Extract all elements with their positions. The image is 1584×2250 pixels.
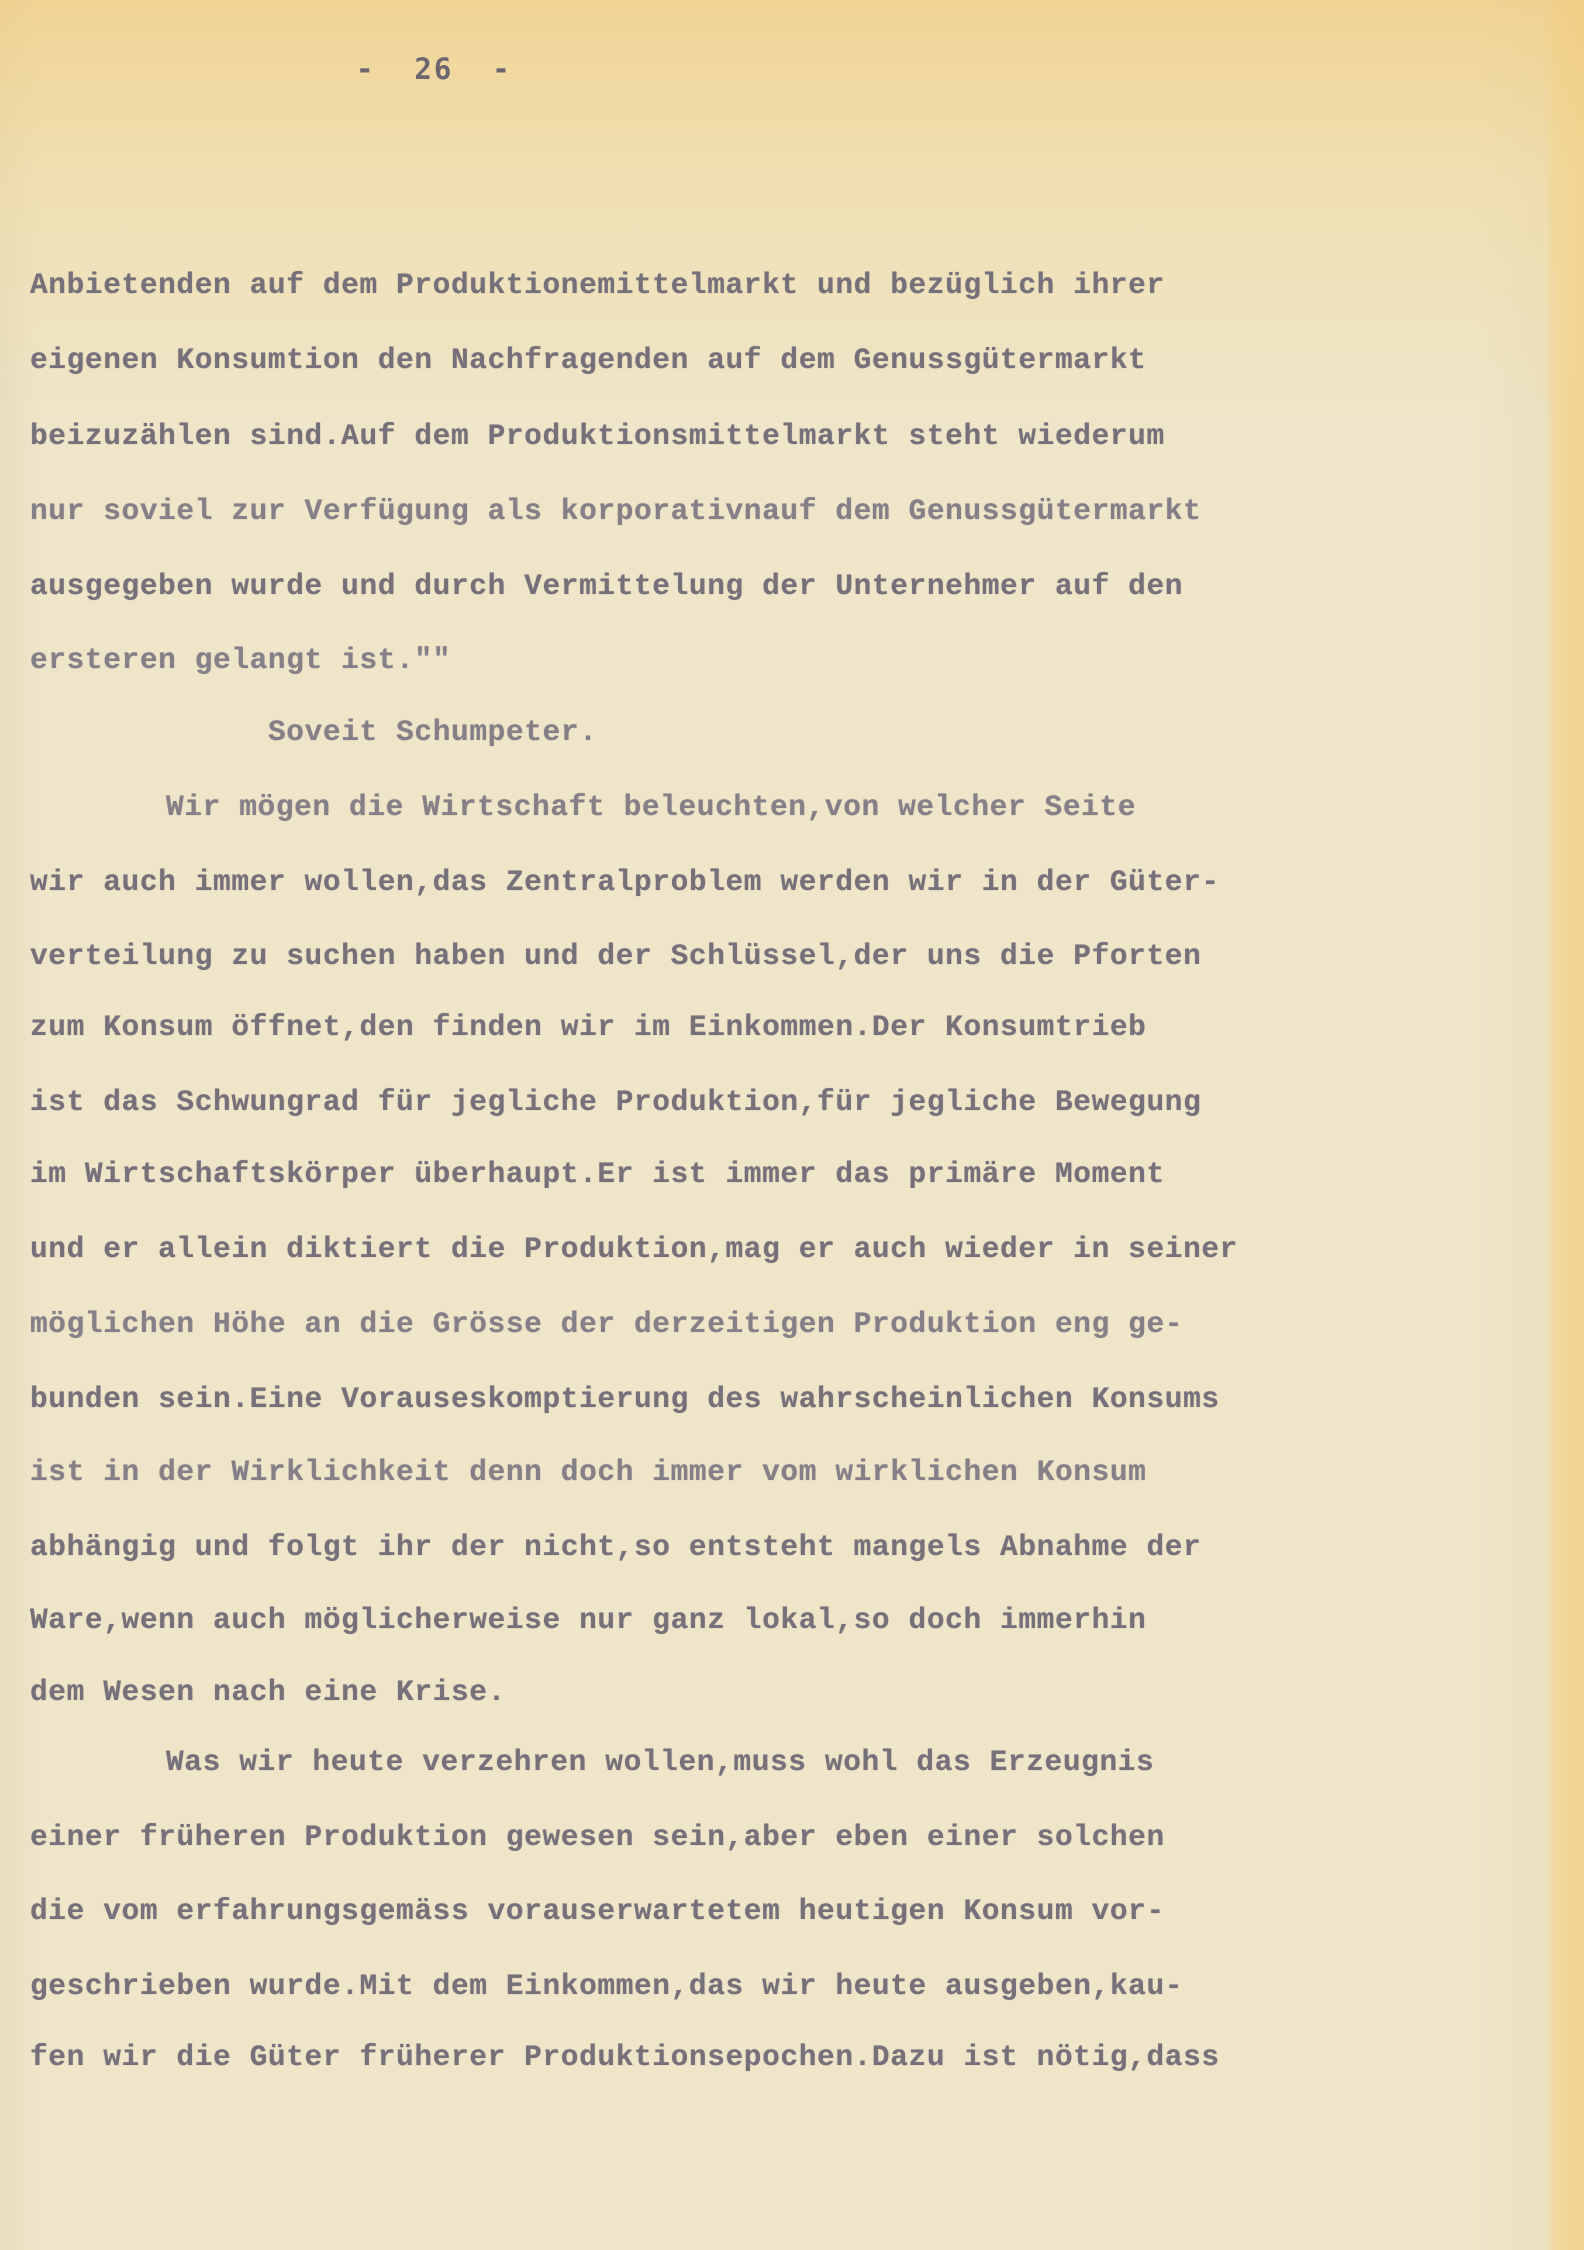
text-line: ersteren gelangt ist."" xyxy=(30,643,451,677)
text-line: dem Wesen nach eine Krise. xyxy=(30,1675,506,1709)
text-line: fen wir die Güter früherer Produktionsep… xyxy=(30,2040,1220,2074)
text-line: und er allein diktiert die Produktion,ma… xyxy=(30,1232,1238,1266)
text-line: ist in der Wirklichkeit denn doch immer … xyxy=(30,1455,1146,1489)
text-line: einer früheren Produktion gewesen sein,a… xyxy=(30,1820,1165,1854)
text-line: verteilung zu suchen haben und der Schlü… xyxy=(30,939,1201,973)
text-line: ist das Schwungrad für jegliche Produkti… xyxy=(30,1085,1201,1119)
text-line: nur soviel zur Verfügung als korporativn… xyxy=(30,494,1201,528)
page-number: - 26 - xyxy=(356,52,512,86)
text-line: im Wirtschaftskörper überhaupt.Er ist im… xyxy=(30,1157,1165,1191)
text-line: die vom erfahrungsgemäss vorauserwartete… xyxy=(30,1894,1165,1928)
text-line: wir auch immer wollen,das Zentralproblem… xyxy=(30,865,1220,899)
text-line: zum Konsum öffnet,den finden wir im Eink… xyxy=(30,1010,1146,1044)
typewritten-page: - 26 - Anbietenden auf dem Produktionemi… xyxy=(0,0,1584,2250)
text-line: Ware,wenn auch möglicherweise nur ganz l… xyxy=(30,1603,1146,1637)
text-line: beizuzählen sind.Auf dem Produktionsmitt… xyxy=(30,419,1165,453)
text-line: ausgegeben wurde und durch Vermittelung … xyxy=(30,569,1183,603)
text-line: geschrieben wurde.Mit dem Einkommen,das … xyxy=(30,1969,1183,2003)
paragraph-start: Wir mögen die Wirtschaft beleuchten,von … xyxy=(166,790,1136,824)
text-line: Anbietenden auf dem Produktionemittelmar… xyxy=(30,268,1165,302)
text-line: bunden sein.Eine Vorauseskomptierung des… xyxy=(30,1382,1220,1416)
text-line: eigenen Konsumtion den Nachfragenden auf… xyxy=(30,343,1146,377)
paragraph-start: Was wir heute verzehren wollen,muss wohl… xyxy=(166,1745,1154,1779)
text-line: abhängig und folgt ihr der nicht,so ents… xyxy=(30,1530,1201,1564)
text-line: möglichen Höhe an die Grösse der derzeit… xyxy=(30,1307,1183,1341)
quote-attribution: Soveit Schumpeter. xyxy=(268,715,597,749)
